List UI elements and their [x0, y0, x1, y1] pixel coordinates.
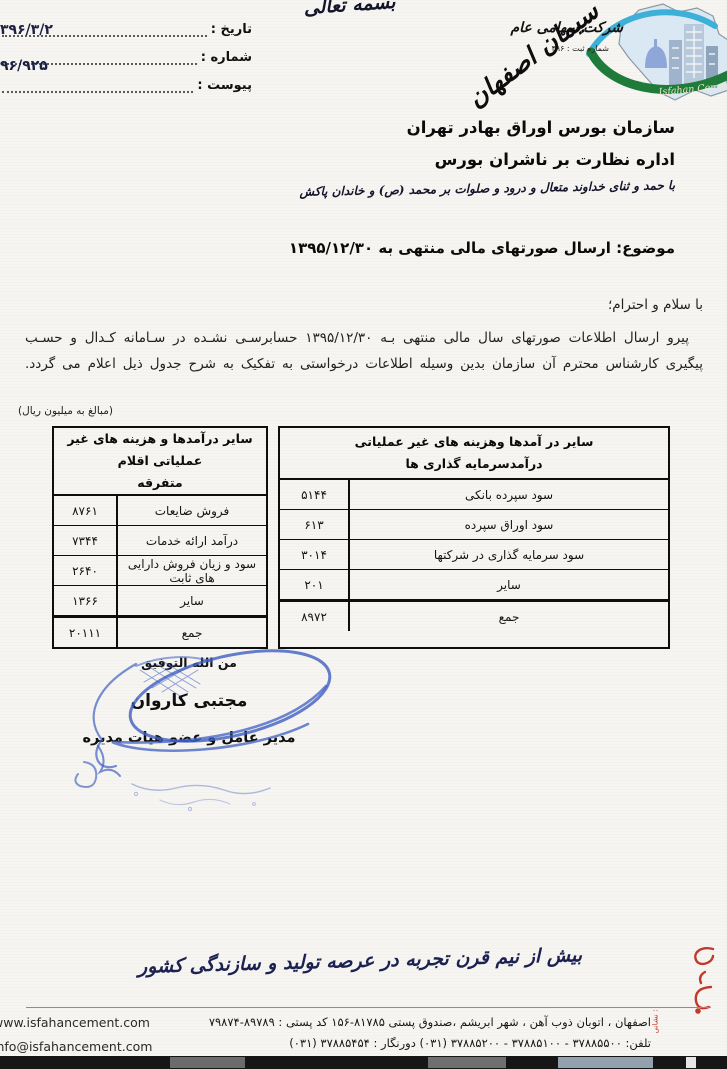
date-label: تاریخ : — [207, 22, 252, 37]
table-total-row: جمع ۸۹۷۲ — [280, 601, 668, 631]
row-value: ۳۰۱۴ — [280, 540, 350, 569]
recipient-line-1: سازمان بورس اوراق بهادر تهران — [245, 118, 675, 137]
row-label: سود سرمایه گذاری در شرکتها — [350, 540, 668, 569]
row-label: سود اوراق سپرده — [350, 510, 668, 539]
letter-body: با سلام و احترام؛ پیرو ارسال اطلاعات صور… — [25, 297, 703, 377]
salutation-calligraphy: با حمد و ثنای خداوند متعال و درود و صلوا… — [245, 178, 675, 200]
subject-line: موضوع: ارسال صورتهای مالی منتهی به ۱۳۹۵/… — [289, 239, 675, 257]
footer-slogan-calligraphy: بیش از نیم قرن تجربه در عرصه تولید و ساز… — [110, 943, 610, 978]
row-value: ۷۳۴۴ — [54, 526, 118, 555]
recipient-block: سازمان بورس اوراق بهادر تهران اداره نظار… — [245, 118, 675, 196]
investment-income-table: سایر در آمدها وهزینه های غیر عملیاتی درآ… — [278, 426, 670, 649]
handwritten-annotation-icon — [686, 942, 722, 1016]
row-label: سایر — [350, 570, 668, 599]
signature-invocation: من الله التوفیق — [58, 655, 320, 670]
footer-divider — [26, 1007, 711, 1008]
website-url: www.isfahancement.com — [0, 1011, 163, 1035]
table-row: سود سپرده بانکی ۵۱۴۴ — [280, 480, 668, 510]
investment-table-header: سایر در آمدها وهزینه های غیر عملیاتی درآ… — [280, 428, 668, 480]
row-label: سود و زیان فروش دارایی های ثابت — [118, 556, 266, 585]
signature-block: من الله التوفیق مجتبی کاروان مدیر عامل و… — [58, 655, 320, 746]
greeting-line: با سلام و احترام؛ — [25, 297, 703, 313]
footer-contact-block: اصفهان ، اتوبان ذوب آهن ، شهر ابریشم ،صن… — [151, 1015, 651, 1050]
row-value: ۸۷۶۱ — [54, 496, 118, 525]
attachment-row: پیوست : — [0, 78, 252, 93]
scan-artifact-bar — [0, 1056, 727, 1069]
investment-header-line2: درآمدسرمایه گذاری ها — [280, 453, 668, 475]
table-row: فروش ضایعات ۸۷۶۱ — [54, 496, 266, 526]
row-label: سایر — [118, 586, 266, 615]
row-value: ۶۱۳ — [280, 510, 350, 539]
phone-line: تلفن: ۳۷۸۸۵۵۰۰ - ۳۷۸۸۵۱۰۰ - ۳۷۸۸۵۲۰۰ (۰۳… — [151, 1036, 651, 1050]
letter-meta-block: تاریخ : شماره : پیوست : ۳۹۶/۳/۲ ۹۶/۹۲۵ — [0, 22, 252, 106]
scan-bar-segment — [558, 1057, 653, 1068]
misc-income-table: سایر درآمدها و هزینه های غیر عملیاتی اقل… — [52, 426, 268, 649]
scan-bar-segment — [686, 1057, 696, 1068]
row-label: درآمد ارائه خدمات — [118, 526, 266, 555]
financial-table: سایر در آمدها وهزینه های غیر عملیاتی درآ… — [52, 426, 670, 649]
table-row: درآمد ارائه خدمات ۷۳۴۴ — [54, 526, 266, 556]
signatory-title: مدیر عامل و عضو هیات مدیره — [58, 730, 320, 746]
row-value: ۵۱۴۴ — [280, 480, 350, 509]
misc-header-line1: سایر درآمدها و هزینه های غیر عملیاتی اقل… — [54, 428, 266, 472]
body-paragraph-line-1: پیرو ارسال اطلاعات صورتهای سال مالی منته… — [25, 325, 703, 351]
scan-bar-segment — [170, 1057, 245, 1068]
investment-header-line1: سایر در آمدها وهزینه های غیر عملیاتی — [280, 431, 668, 453]
bismillah-calligraphy: بسمه تعالی — [291, 0, 407, 20]
table-row: سود و زیان فروش دارایی های ثابت ۲۶۴۰ — [54, 556, 266, 586]
company-logo: Isfahan Cement شرکت سهامی عام شماره ثبت … — [455, 0, 727, 130]
row-label: فروش ضایعات — [118, 496, 266, 525]
table-row: سود سرمایه گذاری در شرکتها ۳۰۱۴ — [280, 540, 668, 570]
table-row: سود اوراق سپرده ۶۱۳ — [280, 510, 668, 540]
row-value: ۲۰۱ — [280, 570, 350, 599]
body-paragraph-line-2: پیگیری کارشناس محترم آن سازمان بدین وسیل… — [25, 351, 703, 377]
number-value: ۹۶/۹۲۵ — [0, 58, 48, 74]
row-value: ۱۳۶۶ — [54, 586, 118, 615]
address-line: اصفهان ، اتوبان ذوب آهن ، شهر ابریشم ،صن… — [151, 1015, 651, 1029]
number-label: شماره : — [197, 50, 252, 65]
recipient-line-2: اداره نظارت بر ناشران بورس — [245, 150, 675, 169]
web-contact-block: www.isfahancement.com info@isfahancement… — [0, 1011, 163, 1059]
signatory-name: مجتبی کاروان — [58, 691, 320, 711]
total-value: ۸۹۷۲ — [280, 602, 350, 631]
table-total-row: جمع ۲۰۱۱۱ — [54, 617, 266, 647]
total-label: جمع — [350, 602, 668, 631]
table-row: سایر ۲۰۱ — [280, 570, 668, 601]
row-value: ۲۶۴۰ — [54, 556, 118, 585]
table-unit-note: (مبالغ به میلیون ریال) — [18, 405, 168, 417]
dotted-line — [2, 79, 193, 93]
scan-bar-segment — [428, 1057, 506, 1068]
row-label: سود سپرده بانکی — [350, 480, 668, 509]
scanned-letter-page: { "letterhead": { "bismillah": "بسمه تعا… — [0, 0, 727, 1069]
attachment-label: پیوست : — [193, 78, 252, 93]
misc-header-line2: متفرقه — [54, 472, 266, 494]
address-label: نشانی : — [650, 1009, 659, 1033]
total-value: ۲۰۱۱۱ — [54, 618, 118, 647]
date-value: ۳۹۶/۳/۲ — [0, 22, 53, 38]
total-label: جمع — [118, 618, 266, 647]
table-row: سایر ۱۳۶۶ — [54, 586, 266, 617]
misc-table-header: سایر درآمدها و هزینه های غیر عملیاتی اقل… — [54, 428, 266, 496]
